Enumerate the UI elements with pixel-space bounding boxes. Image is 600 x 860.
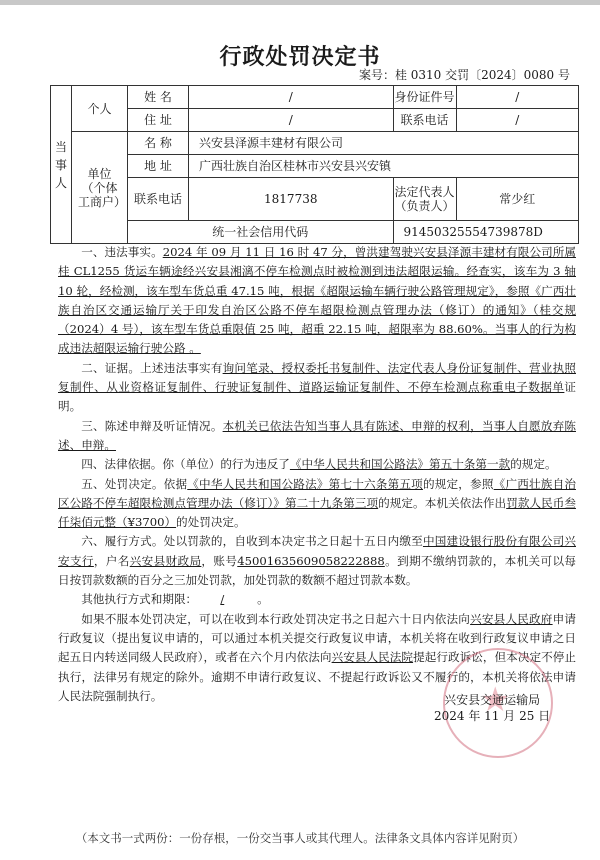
section-penalty-decision: 五、处罚决定。依据《中华人民共和国公路法》第七十六条第五项的规定，参照《广西壮族… <box>58 475 576 533</box>
individual-label: 个人 <box>72 86 128 132</box>
entity-phone-label: 联系电话 <box>128 178 189 221</box>
issue-date: 2024 年 11 月 25 日 <box>434 708 550 724</box>
individual-address-label: 住 址 <box>128 109 189 132</box>
section-payment-method: 六、履行方式。处以罚款的，自收到本决定书之日起十五日内缴至中国建设银行股份有限公… <box>58 532 576 590</box>
entity-name-value: 兴安县泽源丰建材有限公司 <box>189 132 579 155</box>
footer-note: （本文书一式两份：一份存根，一份交当事人或其代理人。法律条文具体内容详见附页） <box>0 830 600 846</box>
credit-code-value: 91450325554739878D <box>393 221 578 244</box>
entity-address-label: 地 址 <box>128 155 189 178</box>
section-legal-basis: 四、法律依据。你（单位）的行为违反了《中华人民共和国公路法》第五十条第一款的规定… <box>58 455 576 474</box>
party-info-table: 当事人 个人 姓 名 / 身份证件号 / 住 址 / 联系电话 / 单位（个体工… <box>50 85 579 244</box>
signature-block: 兴安县交通运输局 2024 年 11 月 25 日 <box>434 692 550 724</box>
individual-name-label: 姓 名 <box>128 86 189 109</box>
other-enforcement: 其他执行方式和期限：/。 <box>58 590 576 609</box>
top-bar <box>0 0 600 5</box>
individual-phone-value: / <box>456 109 578 132</box>
issuing-agency: 兴安县交通运输局 <box>434 692 550 708</box>
case-number: 案号：桂 0310 交罚〔2024〕0080 号 <box>359 66 570 83</box>
entity-address-value: 广西壮族自治区桂林市兴安县兴安镇 <box>189 155 579 178</box>
individual-address-value: / <box>189 109 394 132</box>
individual-phone-label: 联系电话 <box>393 109 456 132</box>
individual-name-value: / <box>189 86 394 109</box>
legal-rep-value: 常少红 <box>456 178 578 221</box>
legal-rep-label: 法定代表人（负责人） <box>393 178 456 221</box>
entity-phone-value: 1817738 <box>189 178 394 221</box>
section-statement-hearing: 三、陈述申辩及听证情况。本机关已依法告知当事人具有陈述、申辩的权利，当事人自愿放… <box>58 417 576 456</box>
individual-id-value: / <box>456 86 578 109</box>
party-section-label: 当事人 <box>51 86 72 244</box>
credit-code-label: 统一社会信用代码 <box>128 221 394 244</box>
individual-id-label: 身份证件号 <box>393 86 456 109</box>
section-evidence: 二、证据。上述违法事实有询问笔录、授权委托书复制件、法定代表人身份证复制件、营业… <box>58 359 576 417</box>
section-violation-facts: 一、违法事实。2024 年 09 月 11 日 16 时 47 分，曾洪建驾驶兴… <box>58 243 576 359</box>
entity-name-label: 名 称 <box>128 132 189 155</box>
decision-body: 一、违法事实。2024 年 09 月 11 日 16 时 47 分，曾洪建驾驶兴… <box>58 243 576 706</box>
entity-label: 单位（个体工商户） <box>72 132 128 244</box>
